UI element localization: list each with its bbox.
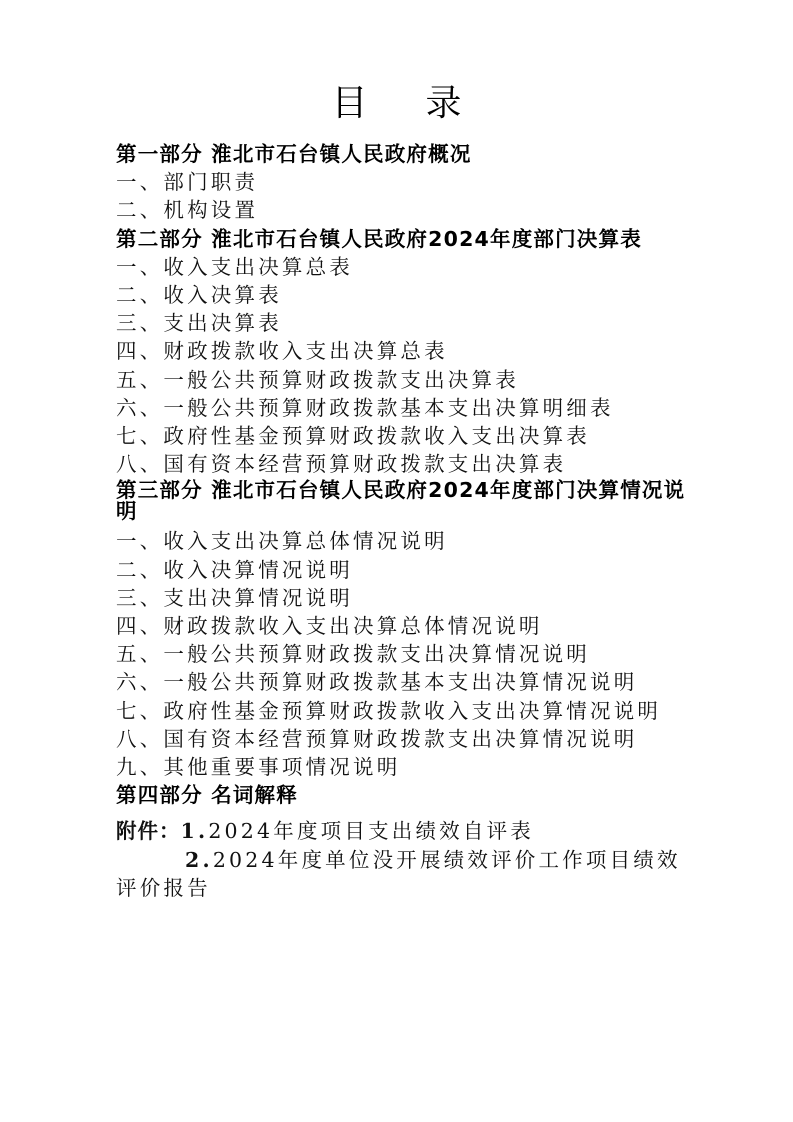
toc-item[interactable]: 八、国有资本经营预算财政拨款支出决算表 [116,450,686,478]
toc-item[interactable]: 二、收入决算情况说明 [116,556,686,584]
attachment-line-1[interactable]: 附件：1.2024年度项目支出绩效自评表 [116,817,686,845]
toc-part-1-heading[interactable]: 第一部分 淮北市石台镇人民政府概况 [116,140,686,168]
toc-item[interactable]: 五、一般公共预算财政拨款支出决算情况说明 [116,640,686,668]
attachment-text: 2024年度项目支出绩效自评表 [208,819,534,843]
toc-part-2-heading[interactable]: 第二部分 淮北市石台镇人民政府2024年度部门决算表 [116,225,686,253]
toc-item[interactable]: 三、支出决算情况说明 [116,584,686,612]
toc-item[interactable]: 九、其他重要事项情况说明 [116,753,686,781]
toc-item[interactable]: 四、财政拨款收入支出决算总表 [116,337,686,365]
toc-item[interactable]: 二、收入决算表 [116,281,686,309]
document-page: 目录 第一部分 淮北市石台镇人民政府概况 一、部门职责 二、机构设置 第二部分 … [0,0,793,1122]
toc-item[interactable]: 五、一般公共预算财政拨款支出决算表 [116,366,686,394]
attachment-label: 附件： [116,819,181,843]
toc-title: 目录 [0,82,793,126]
toc-item[interactable]: 七、政府性基金预算财政拨款收入支出决算情况说明 [116,697,686,725]
toc-part-4-heading[interactable]: 第四部分 名词解释 [116,781,686,809]
attachment-text: 2024年度单位没开展绩效评价工作项目绩效 [213,848,681,872]
toc-item[interactable]: 一、收入支出决算总体情况说明 [116,527,686,555]
toc-item[interactable]: 一、部门职责 [116,168,686,196]
toc-item[interactable]: 六、一般公共预算财政拨款基本支出决算情况说明 [116,668,686,696]
attachment-number: 1. [181,819,209,843]
toc-item[interactable]: 一、收入支出决算总表 [116,253,686,281]
toc-item[interactable]: 三、支出决算表 [116,309,686,337]
toc-item[interactable]: 六、一般公共预算财政拨款基本支出决算明细表 [116,394,686,422]
toc-part-3-heading[interactable]: 第三部分 淮北市石台镇人民政府2024年度部门决算情况说明 [116,478,686,527]
toc-item[interactable]: 四、财政拨款收入支出决算总体情况说明 [116,612,686,640]
table-of-contents: 第一部分 淮北市石台镇人民政府概况 一、部门职责 二、机构设置 第二部分 淮北市… [116,140,686,902]
attachment-line-2[interactable]: 2.2024年度单位没开展绩效评价工作项目绩效 [116,846,686,874]
toc-item[interactable]: 二、机构设置 [116,196,686,224]
toc-item[interactable]: 八、国有资本经营预算财政拨款支出决算情况说明 [116,725,686,753]
toc-item[interactable]: 七、政府性基金预算财政拨款收入支出决算表 [116,422,686,450]
attachment-line-2-continuation[interactable]: 评价报告 [116,874,686,902]
attachment-number: 2. [185,848,213,872]
